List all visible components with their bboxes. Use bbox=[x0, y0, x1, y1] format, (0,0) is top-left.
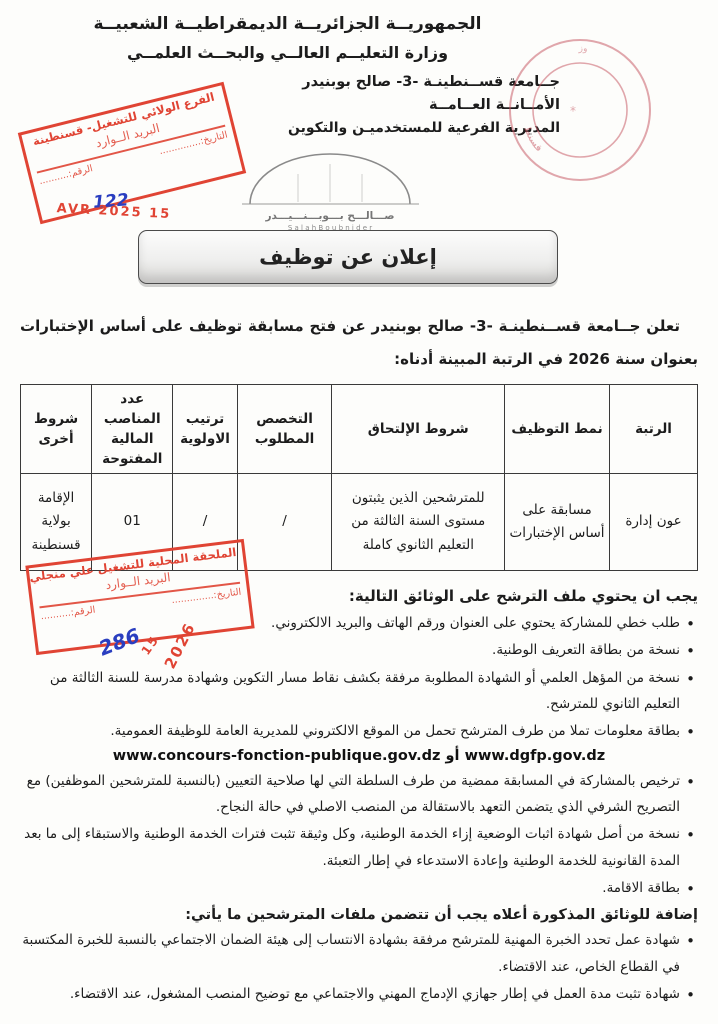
extra-documents-list: شهادة عمل تحدد الخبرة المهنية للمترشح مر… bbox=[20, 927, 698, 1007]
doc-item: بطاقة الاقامة. bbox=[20, 875, 698, 901]
recruitment-table: الرتبة نمط التوظيف شروط الإلتحاق التخصص … bbox=[20, 384, 698, 571]
stamp2-date-label: التاريخ:.............. bbox=[171, 587, 242, 606]
extra-doc-item: شهادة تثبت مدة العمل في إطار جهازي الإدم… bbox=[20, 981, 698, 1007]
republic-line: الجمهوريــة الجزائريــة الديمقراطيــة ال… bbox=[15, 12, 560, 37]
documents-list: طلب خطي للمشاركة يحتوي على العنوان ورقم … bbox=[20, 610, 698, 745]
stamp1-date-label: التاريخ:.............. bbox=[158, 130, 229, 158]
websites-line: www.concours-fonction-publique.gov.dz أو… bbox=[20, 748, 698, 764]
cell-rank: عون إدارة bbox=[610, 474, 698, 571]
header-priority-order: ترتيب الاولوية bbox=[173, 385, 237, 474]
header-other-conditions: شروط أخرى bbox=[21, 385, 92, 474]
doc-item: نسخة من المؤهل العلمي أو الشهادة المطلوب… bbox=[20, 665, 698, 718]
doc-item: نسخة من أصل شهادة اثبات الوضعية إزاء الخ… bbox=[20, 821, 698, 874]
doc-item: ترخيص بالمشاركة في المسابقة ممضية من طرف… bbox=[20, 768, 698, 821]
doc-item: طلب خطي للمشاركة يحتوي على العنوان ورقم … bbox=[20, 610, 698, 636]
header-rank: الرتبة bbox=[610, 385, 698, 474]
cell-other-conditions: الإقامة بولاية قسنطينة bbox=[21, 474, 92, 571]
document-page: الجمهوريــة الجزائريــة الديمقراطيــة ال… bbox=[0, 0, 718, 1024]
cell-admission-conditions: للمترشحين الذين يثبتون مستوى السنة الثال… bbox=[332, 474, 505, 571]
university-line: جــامعة قســنطينـة -3- صالح بوبنيدر bbox=[15, 72, 560, 93]
doc-item: نسخة من بطاقة التعريف الوطنية. bbox=[20, 637, 698, 663]
header-recruitment-mode: نمط التوظيف bbox=[505, 385, 610, 474]
header-admission-conditions: شروط الإلتحاق bbox=[332, 385, 505, 474]
documents-list-continued: ترخيص بالمشاركة في المسابقة ممضية من طرف… bbox=[20, 768, 698, 902]
announcement-title: إعلان عن توظيف bbox=[259, 245, 437, 269]
extra-doc-item: شهادة عمل تحدد الخبرة المهنية للمترشح مر… bbox=[20, 927, 698, 980]
stamp1-number-label: الرقم:.......... bbox=[38, 163, 94, 187]
intro-paragraph: تعلن جــامعة قســنطينـة -3- صالح بوبنيدر… bbox=[20, 310, 698, 376]
seal-star-icon: * bbox=[570, 104, 576, 118]
header-required-specialty: التخصص المطلوب bbox=[237, 385, 332, 474]
extra-documents-heading: إضافة للوثائق المذكورة أعلاه يجب أن تتضم… bbox=[20, 907, 698, 923]
cell-recruitment-mode: مسابقة على أساس الإختبارات bbox=[505, 474, 610, 571]
cell-required-specialty: / bbox=[237, 474, 332, 571]
doc-item: بطاقة معلومات تملا من طرف المترشح تحمل م… bbox=[20, 718, 698, 744]
header-open-positions: عدد المناصب المالية المفتوحة bbox=[92, 385, 173, 474]
ministry-line: وزارة التعليــم العالــي والبحــث العلمـ… bbox=[15, 41, 560, 64]
announcement-banner: إعلان عن توظيف bbox=[138, 230, 558, 284]
table-header-row: الرتبة نمط التوظيف شروط الإلتحاق التخصص … bbox=[21, 385, 698, 474]
documents-section: يجب ان يحتوي ملف الترشح على الوثائق التا… bbox=[20, 587, 698, 1007]
